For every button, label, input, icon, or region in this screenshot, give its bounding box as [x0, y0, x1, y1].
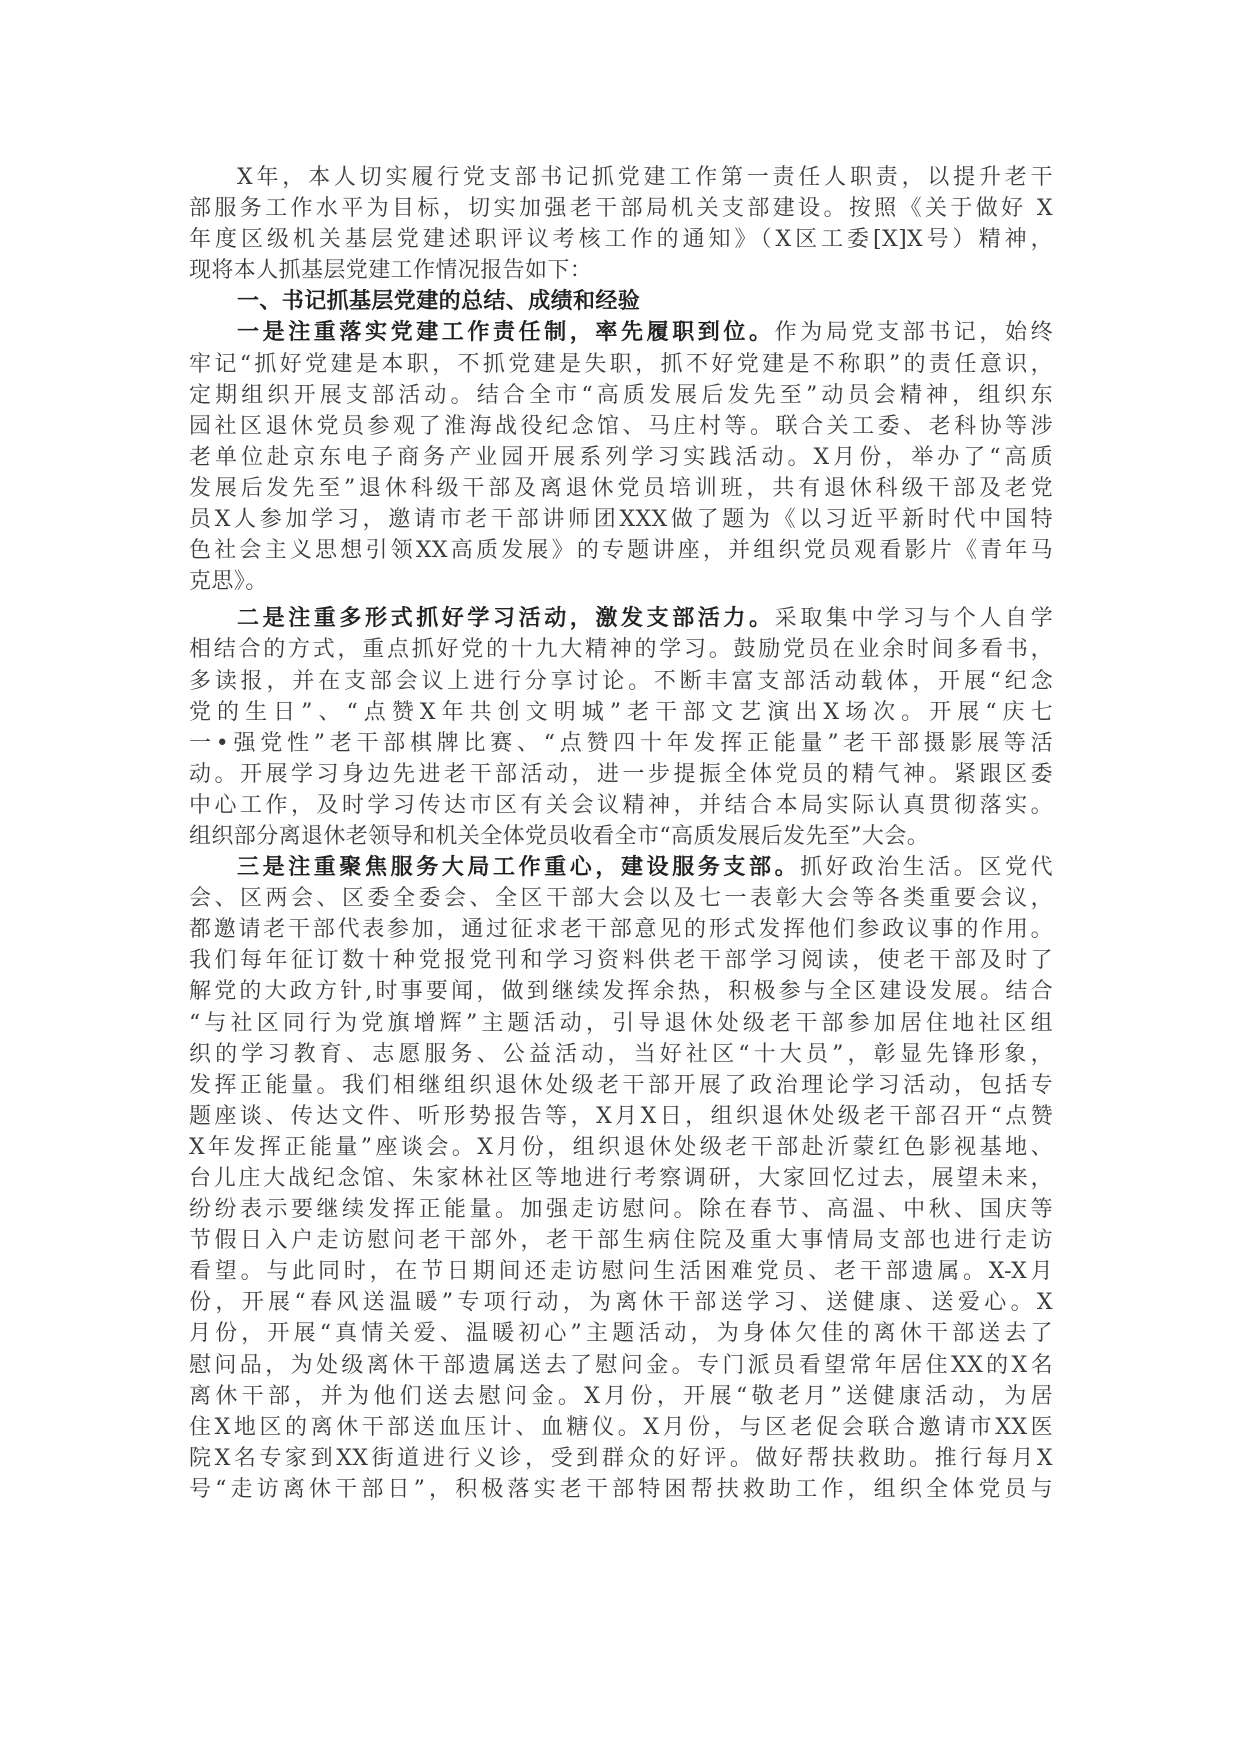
text-line: X年，本人切实履行党支部书记抓党建工作第一责任人职责，以提升老干 [189, 162, 1053, 193]
text-line: 一•强党性”老干部棋牌比赛、“点赞四十年发挥正能量”老干部摄影展等活 [189, 728, 1053, 759]
item-1-paragraph: 一是注重落实党建工作责任制，率先履职到位。作为局党支部书记，始终 牢记“抓好党建… [189, 317, 1053, 597]
text-line: 现将本人抓基层党建工作情况报告如下： [189, 255, 1053, 286]
item-3-first-line-rest: 抓好政治生活。区党代 [800, 855, 1053, 880]
text-line: 克思》。 [189, 566, 1053, 597]
text-line: 都邀请老干部代表参加，通过征求老干部意见的形式发挥他们参政议事的作用。 [189, 914, 1053, 945]
text-line: 党的生日”、“点赞X年共创文明城”老干部文艺演出X场次。开展“庆七 [189, 697, 1053, 728]
text-line: 台儿庄大战纪念馆、朱家林社区等地进行考察调研，大家回忆过去，展望未来， [189, 1163, 1053, 1194]
text-line: 看望。与此同时，在节日期间还走访慰问生活困难党员、老干部遗属。X-X月 [189, 1256, 1053, 1287]
text-line: 慰问品，为处级离休干部遗属送去了慰问金。专门派员看望常年居住XX的X名 [189, 1350, 1053, 1381]
text-line: 织的学习教育、志愿服务、公益活动，当好社区“十大员”，彰显先锋形象， [189, 1039, 1053, 1070]
document-body: X年，本人切实履行党支部书记抓党建工作第一责任人职责，以提升老干 部服务工作水平… [189, 162, 1053, 1505]
text-line: 三是注重聚焦服务大局工作重心，建设服务支部。抓好政治生活。区党代 [189, 852, 1053, 883]
item-2-first-line-rest: 采取集中学习与个人自学 [775, 606, 1053, 631]
text-line: 部服务工作水平为目标，切实加强老干部局机关支部建设。按照《关于做好 X [189, 193, 1053, 224]
text-line: 月份，开展“真情关爱、温暖初心”主题活动，为身体欠佳的离休干部送去了 [189, 1318, 1053, 1349]
text-line: 会、区两会、区委全委会、全区干部大会以及七一表彰大会等各类重要会议， [189, 883, 1053, 914]
text-line: 节假日入户走访慰问老干部外，老干部生病住院及重大事情局支部也进行走访 [189, 1225, 1053, 1256]
item-1-first-line-rest: 作为局党支部书记，始终 [775, 320, 1053, 345]
text-line: 二是注重多形式抓好学习活动，激发支部活力。采取集中学习与个人自学 [189, 603, 1053, 634]
text-line: 我们每年征订数十种党报党刊和学习资料供老干部学习阅读，使老干部及时了 [189, 945, 1053, 976]
text-line: 纷纷表示要继续发挥正能量。加强走访慰问。除在春节、高温、中秋、国庆等 [189, 1194, 1053, 1225]
text-line: 离休干部，并为他们送去慰问金。X月份，开展“敬老月”送健康活动，为居 [189, 1381, 1053, 1412]
section-heading: 一、书记抓基层党建的总结、成绩和经验 [189, 286, 1053, 317]
text-line: 老单位赴京东电子商务产业园开展系列学习实践活动。X月份，举办了“高质 [189, 442, 1053, 473]
text-line: “与社区同行为党旗增辉”主题活动，引导退休处级老干部参加居住地社区组 [189, 1008, 1053, 1039]
text-line: 园社区退休党员参观了淮海战役纪念馆、马庄村等。联合关工委、老科协等涉 [189, 411, 1053, 442]
text-line: 色社会主义思想引领XX高质发展》的专题讲座，并组织党员观看影片《青年马 [189, 535, 1053, 566]
item-3-paragraph: 三是注重聚焦服务大局工作重心，建设服务支部。抓好政治生活。区党代 会、区两会、区… [189, 852, 1053, 1505]
document-page: X年，本人切实履行党支部书记抓党建工作第一责任人职责，以提升老干 部服务工作水平… [0, 0, 1240, 1754]
text-line: 员X人参加学习，邀请市老干部讲师团XXX做了题为《以习近平新时代中国特 [189, 504, 1053, 535]
text-line: 份，开展“春风送温暖”专项行动，为离休干部送学习、送健康、送爱心。X [189, 1287, 1053, 1318]
text-line: 中心工作，及时学习传达市区有关会议精神，并结合本局实际认真贯彻落实。 [189, 790, 1053, 821]
item-3-lead: 三是注重聚焦服务大局工作重心，建设服务支部。 [237, 855, 800, 880]
intro-paragraph: X年，本人切实履行党支部书记抓党建工作第一责任人职责，以提升老干 部服务工作水平… [189, 162, 1053, 286]
text-line: 院X名专家到XX街道进行义诊，受到群众的好评。做好帮扶救助。推行每月X [189, 1443, 1053, 1474]
text-line: 组织部分离退休老领导和机关全体党员收看全市“高质发展后发先至”大会。 [189, 821, 1053, 852]
text-line: 牢记“抓好党建是本职，不抓党建是失职，抓不好党建是不称职”的责任意识， [189, 349, 1053, 380]
text-line: 发挥正能量。我们相继组织退休处级老干部开展了政治理论学习活动，包括专 [189, 1070, 1053, 1101]
item-1-lead: 一是注重落实党建工作责任制，率先履职到位。 [237, 320, 775, 345]
text-line: 住X地区的离休干部送血压计、血糖仪。X月份，与区老促会联合邀请市XX医 [189, 1412, 1053, 1443]
text-line: 号“走访离休干部日”，积极落实老干部特困帮扶救助工作，组织全体党员与 [189, 1474, 1053, 1505]
text-line: 年度区级机关基层党建述职评议考核工作的通知》（X区工委[X]X号）精神， [189, 224, 1053, 255]
text-line: 多读报，并在支部会议上进行分享讨论。不断丰富支部活动载体，开展“纪念 [189, 666, 1053, 697]
text-line: 发展后发先至”退休科级干部及离退休党员培训班，共有退休科级干部及老党 [189, 473, 1053, 504]
text-line: 解党的大政方针,时事要闻，做到继续发挥余热，积极参与全区建设发展。结合 [189, 976, 1053, 1007]
text-line: 定期组织开展支部活动。结合全市“高质发展后发先至”动员会精神，组织东 [189, 380, 1053, 411]
text-line: 相结合的方式，重点抓好党的十九大精神的学习。鼓励党员在业余时间多看书， [189, 634, 1053, 665]
text-line: X年发挥正能量”座谈会。X月份，组织退休处级老干部赴沂蒙红色影视基地、 [189, 1132, 1053, 1163]
item-2-lead: 二是注重多形式抓好学习活动，激发支部活力。 [237, 606, 775, 631]
text-line: 一是注重落实党建工作责任制，率先履职到位。作为局党支部书记，始终 [189, 317, 1053, 348]
item-2-paragraph: 二是注重多形式抓好学习活动，激发支部活力。采取集中学习与个人自学 相结合的方式，… [189, 603, 1053, 852]
text-line: 动。开展学习身边先进老干部活动，进一步提振全体党员的精气神。紧跟区委 [189, 759, 1053, 790]
text-line: 题座谈、传达文件、听形势报告等，X月X日，组织退休处级老干部召开“点赞 [189, 1101, 1053, 1132]
